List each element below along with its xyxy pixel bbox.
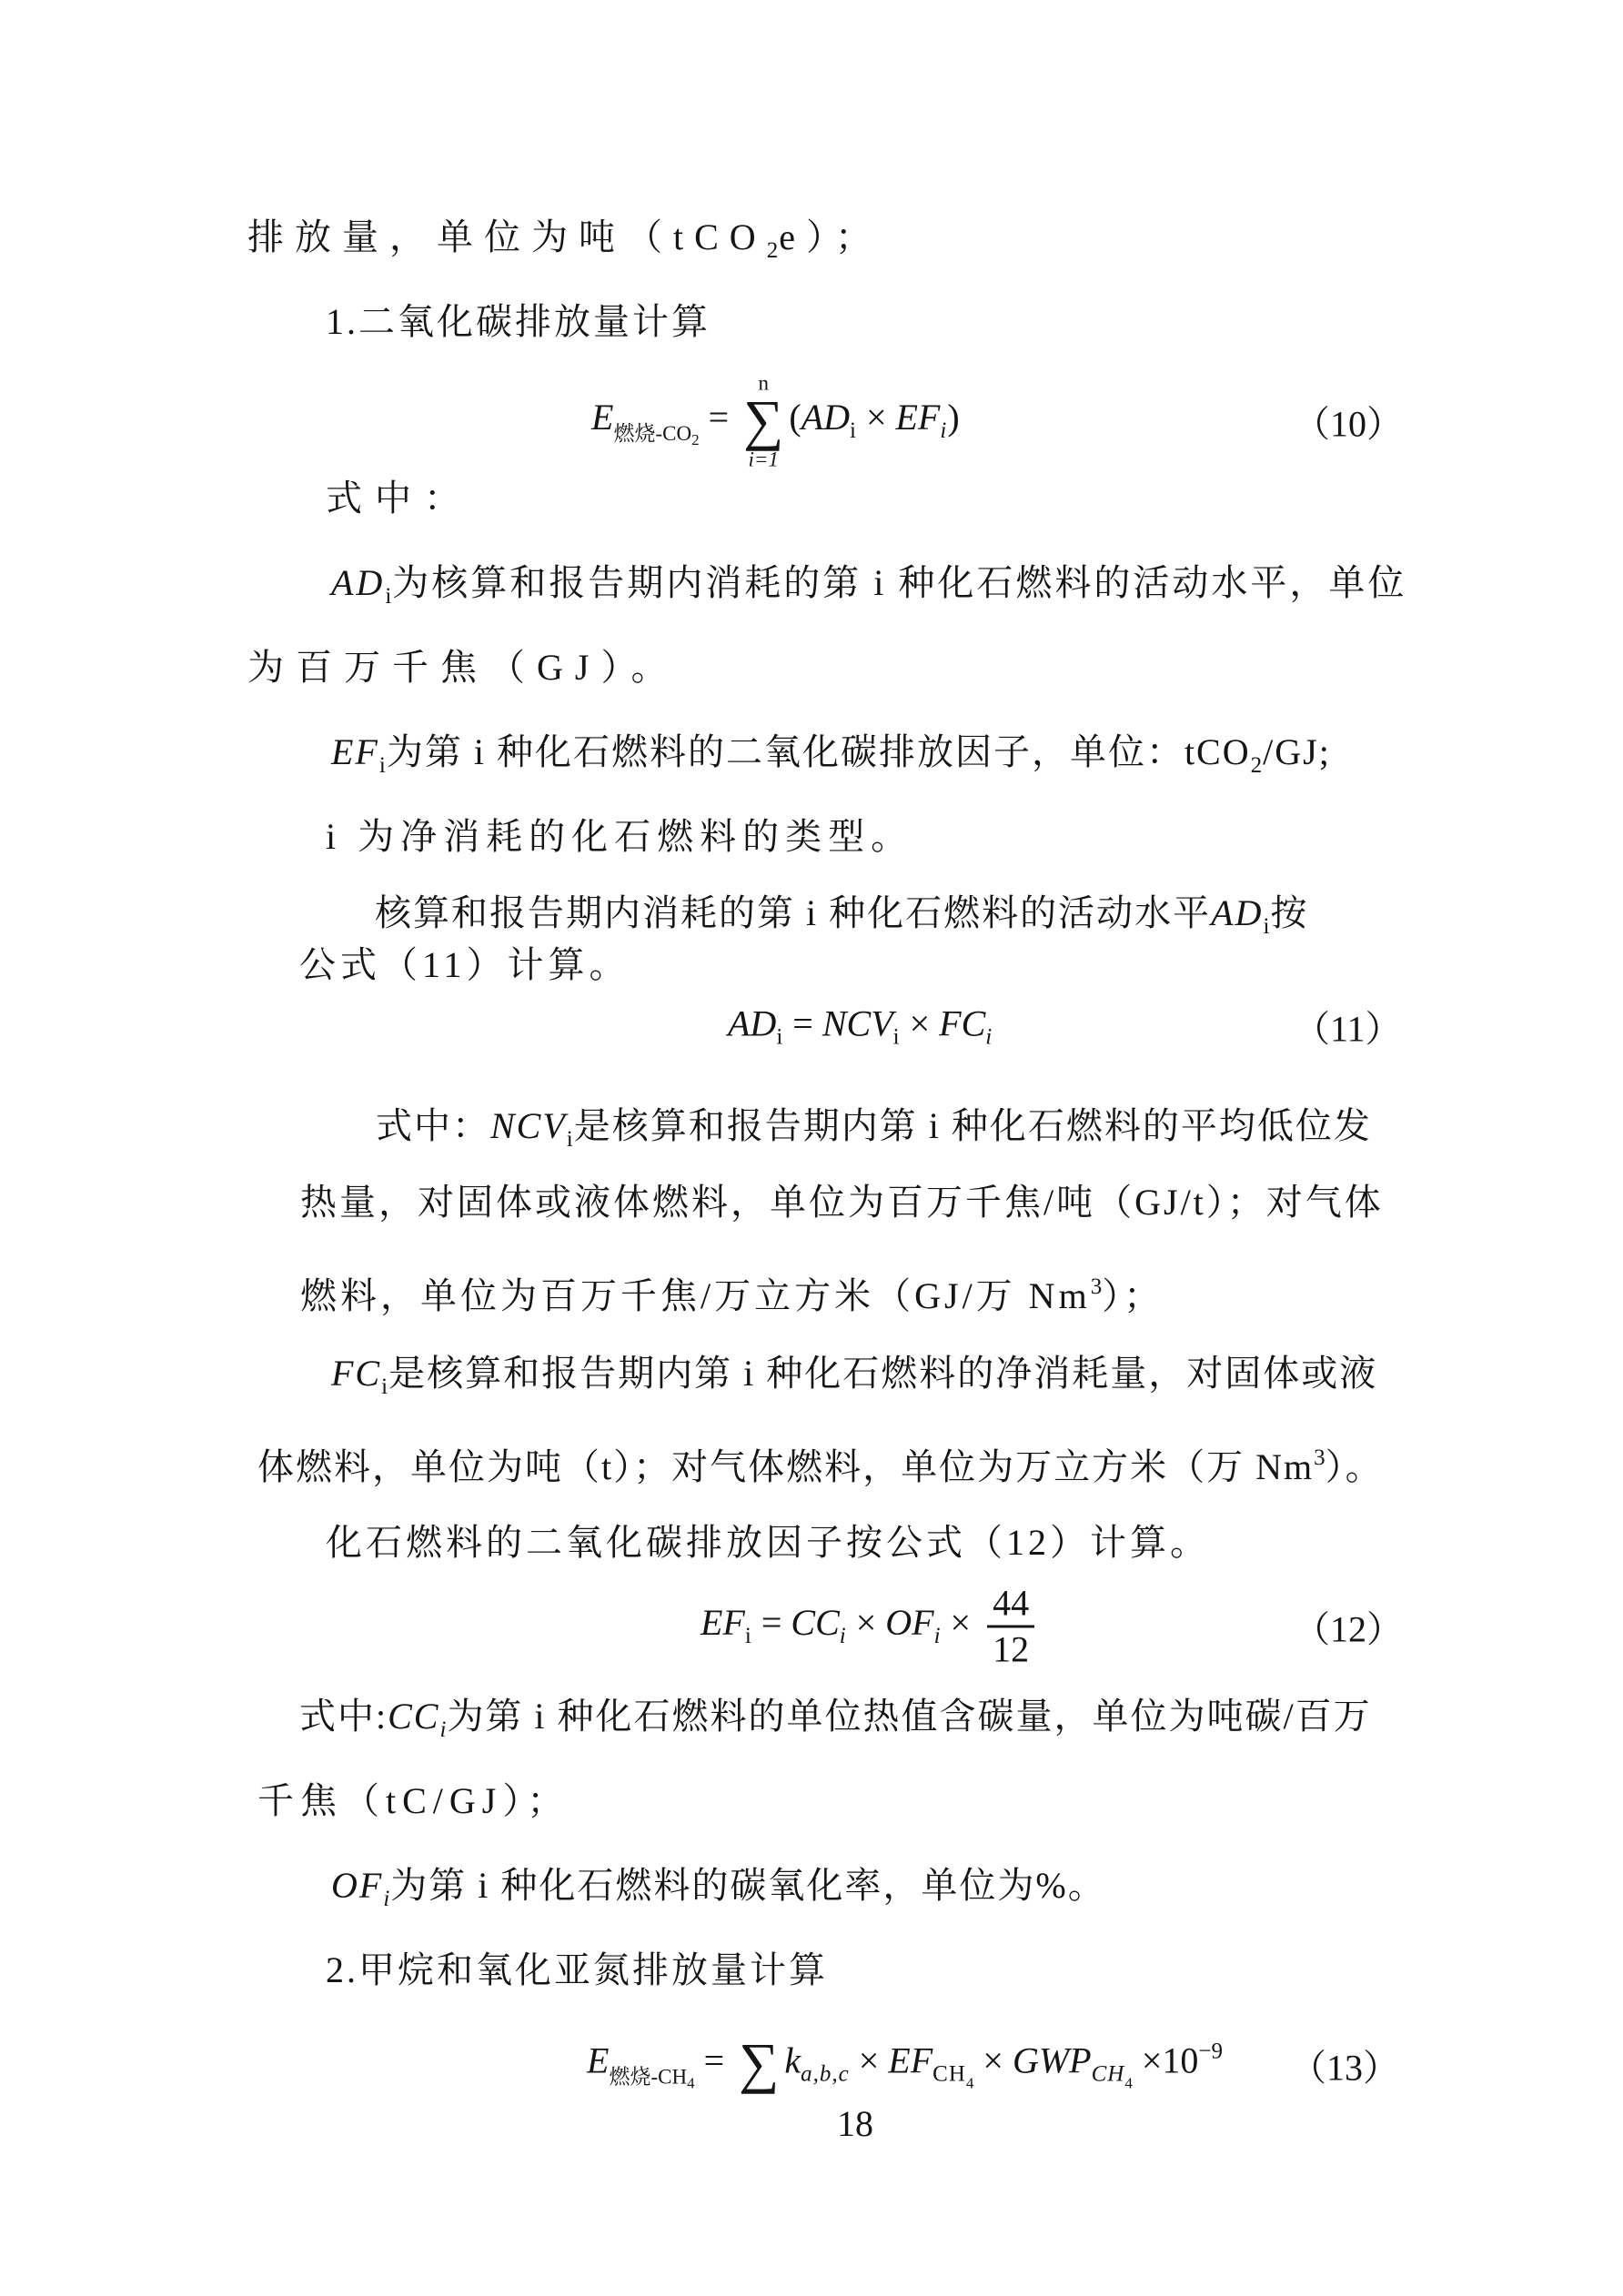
text-line-gongshi11: 公式（11）计算。: [299, 944, 630, 986]
formula-10-expression: E燃烧-CO2 = n∑i=1(ADi × EFi): [591, 371, 960, 470]
text-line-qianjiao: 千焦（tC/GJ）；: [257, 1780, 570, 1822]
text-line-reliang: 热量，对固体或液体燃料，单位为百万千焦/吨（GJ/t）；对气体: [300, 1182, 1384, 1224]
page-number: 18: [837, 2103, 873, 2145]
document-page: 排放量，单位为吨（tCO2e）；1.二氧化碳排放量计算E燃烧-CO2 = n∑i…: [0, 0, 1623, 2296]
formula-13-expression: E燃烧-CH4 = ∑ka,b,c × EFCH4 × GWPCH4 ×10−9: [587, 2037, 1223, 2092]
formula-13: E燃烧-CH4 = ∑ka,b,c × EFCH4 × GWPCH4 ×10−9…: [0, 2021, 1623, 2108]
text-line-tiranliao: 体燃料，单位为吨（t）；对气体燃料，单位为万立方米（万 Nm3）。: [257, 1437, 1384, 1488]
text-line-ncvi-def: 式中：NCVi是核算和报告期内第 i 种化石燃料的平均低位发: [376, 1105, 1372, 1161]
fraction: 4412: [987, 1584, 1034, 1668]
formula-12-expression: EFi = CCi × OFi × 4412: [701, 1584, 1042, 1668]
text-line-huashi: 化石燃料的二氧化碳排放因子按公式（12）计算。: [326, 1522, 1210, 1564]
sigma-sum-symbol: ∑: [739, 2037, 779, 2090]
text-line-adi-def: ADi为核算和报告期内消耗的第 i 种化石燃料的活动水平，单位: [331, 562, 1406, 618]
text-line-gj-unit: 为百万千焦（GJ）。: [247, 647, 679, 689]
text-line-1: 排放量，单位为吨（tCO2e）；: [247, 217, 882, 272]
formula-12: EFi = CCi × OFi × 4412（12）: [0, 1565, 1623, 1687]
formula-12-number: （12）: [1294, 1600, 1403, 1652]
formula-13-number: （13）: [1290, 2039, 1399, 2090]
text-line-ranliao: 燃料，单位为百万千焦/万立方米（GJ/万 Nm3）；: [300, 1266, 1164, 1317]
text-line-efi-def: EFi为第 i 种化石燃料的二氧化碳排放因子，单位：tCO2/GJ;: [331, 731, 1331, 787]
formula-11-number: （11）: [1294, 1001, 1402, 1052]
text-line-i-def: i 为净消耗的化石燃料的类型。: [326, 816, 913, 858]
sigma-sum-symbol: n∑i=1: [743, 371, 783, 470]
formula-10-number: （10）: [1294, 396, 1403, 448]
heading-1-co2-calc: 1.二氧化碳排放量计算: [326, 301, 711, 343]
heading-2-ch4-n2o-calc: 2.甲烷和氧化亚氮排放量计算: [326, 1949, 828, 1991]
formula-11-expression: ADi = NCVi × FCi: [728, 1002, 993, 1051]
text-line-fci-def: FCi是核算和报告期内第 i 种化石燃料的净消耗量，对固体或液: [331, 1353, 1377, 1408]
formula-11: ADi = NCVi × FCi（11）: [0, 999, 1623, 1053]
formula-10: E燃烧-CO2 = n∑i=1(ADi × EFi)（10）: [0, 353, 1623, 489]
text-line-ofi-def: OFi为第 i 种化石燃料的碳氧化率，单位为%。: [331, 1865, 1106, 1920]
text-line-hesuan: 核算和报告期内消耗的第 i 种化石燃料的活动水平ADi按: [375, 892, 1308, 948]
text-line-shizhong-1: 式中：: [326, 478, 473, 519]
text-line-cci-def: 式中:CCi为第 i 种化石燃料的单位热值含碳量，单位为吨碳/百万: [299, 1696, 1372, 1751]
